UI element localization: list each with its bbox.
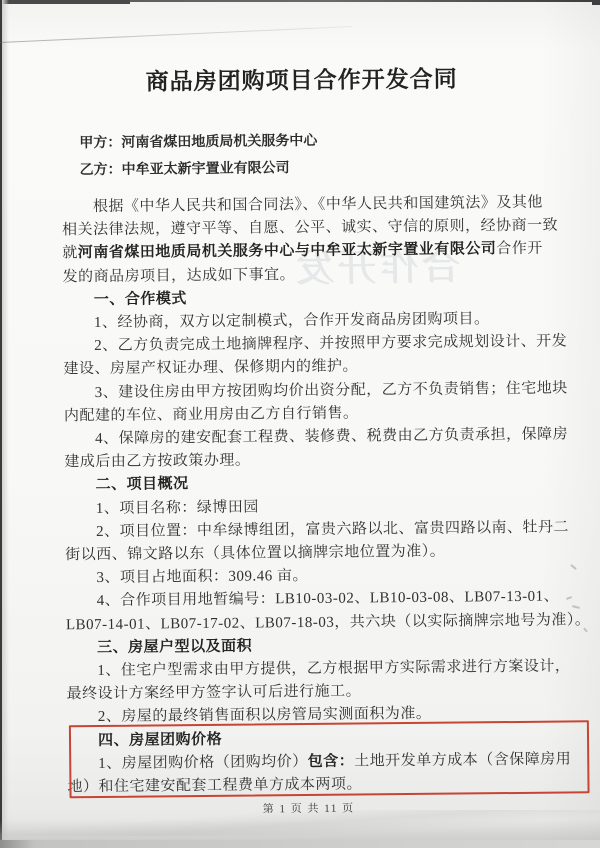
pencil-smudge — [570, 564, 577, 570]
text-line: 4、保障房的建安配套工程费、装修费、税费由乙方负责承担，保障房 — [64, 424, 546, 452]
text-segment: 2、乙方负责完成土地摘牌程序、并按照甲方要求完成规划设计、开发 — [94, 334, 567, 355]
text-line: LB07-14-01、LB07-17-02、LB07-18-03，共六块（以实际… — [66, 609, 548, 637]
text-segment: 二、项目概况 — [96, 477, 189, 494]
text-line: 就河南省煤田地质局机关服务中心与中牟亚太新宇置业有限公司合作开 — [62, 238, 544, 266]
text-segment: 根据《中华人民共和国合同法》、《中华人民共和国建筑法》及其他 — [93, 195, 543, 215]
text-segment: LB07-14-01、LB07-17-02、LB07-18-03，共六块（以实际… — [66, 612, 591, 633]
text-segment: 街以西、锦文路以东（具体位置以摘牌宗地位置为准）。 — [65, 544, 445, 564]
text-segment: 4、合作项目用地暂编号：LB10-03-02、LB10-03-08、LB07-1… — [97, 589, 560, 609]
scanned-contract-page: 合作开发 商品房团购项目合作开发合同 甲方：河南省煤田地质局机关服务中心 乙方：… — [0, 0, 600, 848]
pencil-smudge — [572, 605, 580, 609]
text-segment: 河南省煤田地质局机关服务中心与中牟亚太新宇置业有限公司 — [78, 242, 497, 262]
scan-edge-top-right — [592, 0, 600, 5]
text-segment: 2、项目位置：中牟绿博组团，富贵六路以北、富贵四路以南、牡丹二 — [96, 519, 569, 540]
page-footer: 第 1 页 共 11 页 — [68, 798, 550, 819]
party-b-line: 乙方：中牟亚太新宇置业有限公司 — [79, 153, 543, 184]
text-segment: 4、保障房的建安配套工程费、装修费、税费由乙方负责承担，保障房 — [95, 427, 568, 448]
text-segment: 一、合作模式 — [94, 291, 187, 308]
text-line: 3、建设住房由甲方按团购均价出资分配，乙方不负责销售；住宅地块 — [64, 377, 546, 405]
text-segment: 三、房屋户型以及面积 — [97, 638, 252, 655]
text-segment: 1、经协商，双方以定制模式，合作开发商品房团购项目。 — [94, 311, 490, 331]
text-segment: 就 — [62, 246, 78, 262]
text-segment: 合作开 — [496, 241, 543, 257]
text-segment: 内配建的车位、商业用房由乙方自行销售。 — [64, 405, 359, 424]
contract-title: 商品房团购项目合作开发合同 — [60, 0, 543, 97]
text-segment: 3、建设住房由甲方按团购均价出资分配，乙方不负责销售；住宅地块 — [95, 380, 568, 401]
text-segment: 建设、房屋产权证办理、保修期内的维护。 — [63, 359, 358, 378]
pencil-smudge — [566, 596, 572, 600]
text-segment: 发的商品房项目，达成如下事宜。 — [63, 267, 296, 285]
contract-parties: 甲方：河南省煤田地质局机关服务中心 乙方：中牟亚太新宇置业有限公司 — [61, 126, 543, 185]
scan-edge-left-shadow — [2, 0, 9, 848]
text-segment: 1、项目名称：绿博田园 — [96, 499, 259, 517]
document-body: 根据《中华人民共和国合同法》、《中华人民共和国建筑法》及其他相关法律法规，遵守平… — [62, 192, 550, 800]
page-content: 商品房团购项目合作开发合同 甲方：河南省煤田地质局机关服务中心 乙方：中牟亚太新… — [60, 0, 550, 848]
text-segment: 建成后由乙方按政策办理。 — [64, 453, 250, 471]
text-segment: 最终设计方案经甲方签字认可后进行施工。 — [67, 684, 362, 703]
highlight-box — [69, 720, 590, 798]
text-line: 2、项目位置：中牟绿博组团，富贵六路以北、富贵四路以南、牡丹二 — [65, 517, 547, 545]
text-segment: 相关法律法规，遵守平等、自愿、公平、诚实、守信的原则，经协商一致 — [62, 218, 558, 239]
text-segment: 3、项目占地面积：309.46 亩。 — [96, 568, 308, 586]
text-segment: 1、住宅户型需求由甲方提供，乙方根据甲方实际需求进行方案设计， — [97, 659, 570, 680]
